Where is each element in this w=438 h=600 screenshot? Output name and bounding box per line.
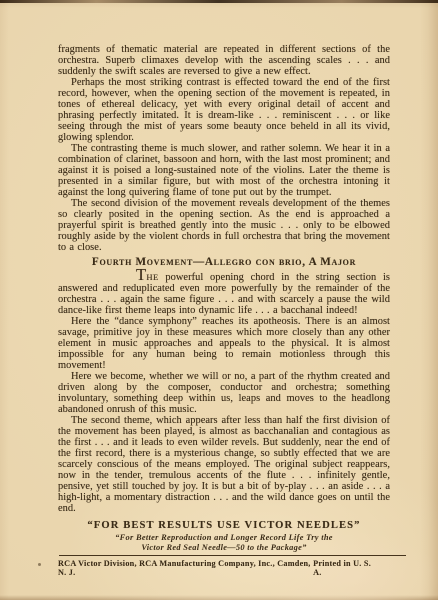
needle-promo: “For Better Reproduction and Longer Reco… (58, 533, 390, 552)
needles-slogan: “FOR BEST RESULTS USE VICTOR NEEDLES” (58, 520, 390, 531)
footer-rule (59, 555, 406, 556)
footer-row: RCA Victor Division, RCA Manufacturing C… (58, 559, 390, 577)
needle-promo-line2: Victor Red Seal Needle—50 to the Package… (141, 543, 306, 552)
drop-cap-initial: T (136, 265, 146, 284)
body-paragraph-opening: THE powerful opening chord in the string… (58, 270, 390, 316)
body-paragraph: Here we become, whether we will or no, a… (58, 371, 390, 415)
body-paragraph: Perhaps the most striking contrast is ef… (58, 77, 390, 143)
body-paragraph: The second theme, which appears after le… (58, 415, 390, 514)
scanned-record-notes-page: fragments of thematic material are repea… (0, 0, 438, 600)
body-paragraph: The contrasting theme is much slower, an… (58, 143, 390, 198)
needle-promo-line1: “For Better Reproduction and Longer Reco… (115, 533, 333, 542)
publisher-credit: RCA Victor Division, RCA Manufacturing C… (58, 559, 313, 577)
body-paragraph: The second division of the movement reve… (58, 198, 390, 253)
movement-heading: Fourth Movement—Allegro con brio, A Majo… (58, 256, 390, 268)
drop-cap-rest: HE (146, 272, 158, 282)
body-paragraph: fragments of thematic material are repea… (58, 44, 390, 77)
opening-paragraph-text: powerful opening chord in the string sec… (58, 272, 390, 316)
page-top-edge (0, 0, 438, 3)
page-content: fragments of thematic material are repea… (58, 44, 390, 577)
paper-speck (38, 563, 41, 566)
printed-in-credit: Printed in U. S. A. (313, 559, 377, 577)
body-paragraph: Here the “dance symphony” reaches its ap… (58, 316, 390, 371)
